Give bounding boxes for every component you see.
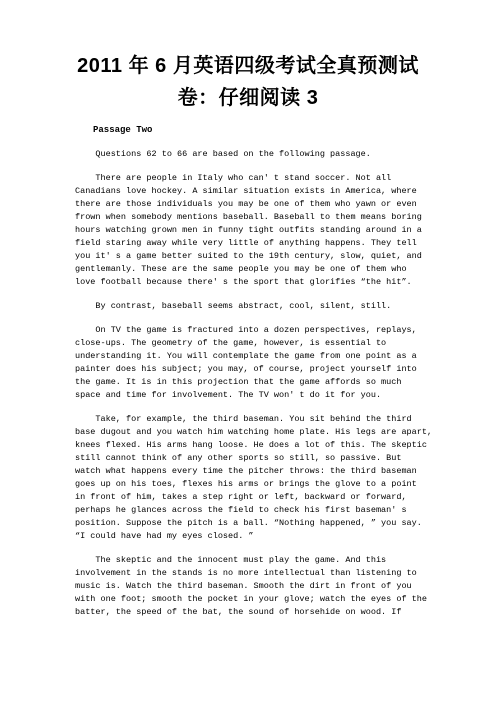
document-title-line-1: 2011 年 6 月英语四级考试全真预测试 (77, 55, 419, 77)
passage-paragraph: By contrast, baseball seems abstract, co… (75, 300, 436, 313)
document-page: 2011 年 6 月英语四级考试全真预测试 卷：仔细阅读 3 Passage T… (0, 0, 496, 702)
passage-body: Questions 62 to 66 are based on the foll… (75, 148, 436, 619)
passage-paragraph: On TV the game is fractured into a dozen… (75, 324, 436, 402)
passage-paragraph: Take, for example, the third baseman. Yo… (75, 413, 436, 543)
document-body: Passage Two Questions 62 to 66 are based… (75, 124, 436, 619)
passage-paragraph: Questions 62 to 66 are based on the foll… (75, 148, 436, 161)
document-title: 2011 年 6 月英语四级考试全真预测试 卷：仔细阅读 3 (0, 0, 496, 114)
passage-paragraph: The skeptic and the innocent must play t… (75, 554, 436, 619)
document-title-line-2: 卷：仔细阅读 3 (178, 87, 319, 109)
passage-paragraph: There are people in Italy who can' t sta… (75, 172, 436, 289)
passage-heading: Passage Two (93, 124, 436, 137)
